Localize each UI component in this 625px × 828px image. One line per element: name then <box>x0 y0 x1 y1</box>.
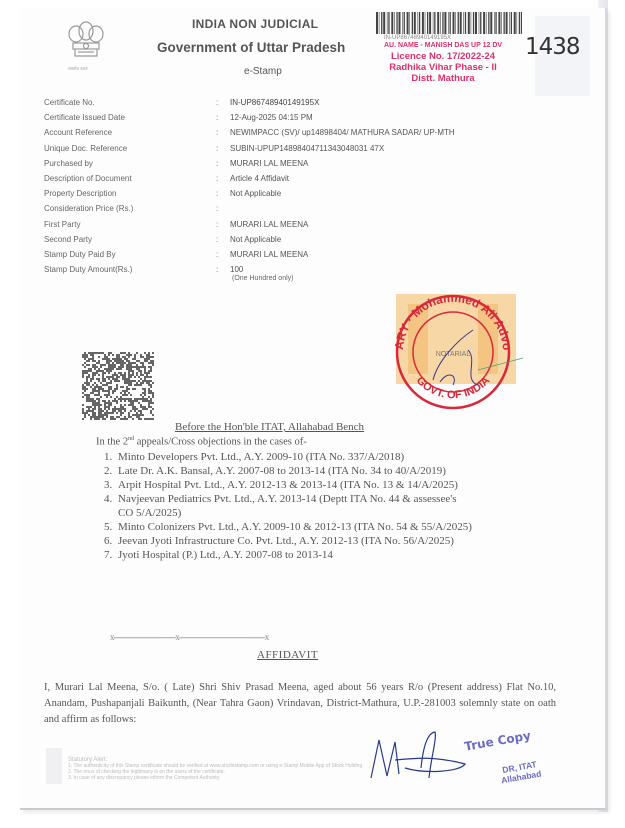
field-separator: : <box>216 128 218 137</box>
case-text: Minto Colonizers Pvt. Ltd., A.Y. 2009-10… <box>118 521 472 533</box>
field-separator: : <box>216 159 218 168</box>
case-number: 6. <box>104 534 112 548</box>
field-label: First Party <box>44 220 214 229</box>
qr-code <box>82 352 154 420</box>
case-text: Navjeevan Pediatrics Pvt. Ltd., A.Y. 201… <box>118 493 457 519</box>
case-item: 3.Arpit Hospital Pvt. Ltd., A.Y. 2012-13… <box>104 478 474 492</box>
case-item: 1.Minto Developers Pvt. Ltd., A.Y. 2009-… <box>104 450 474 464</box>
case-number: 7. <box>104 548 112 562</box>
field-separator: : <box>216 189 218 198</box>
case-number: 5. <box>104 520 112 534</box>
field-label: Certificate Issued Date <box>44 113 214 122</box>
header-estamp: e-Stamp <box>244 66 282 77</box>
case-text: Jeevan Jyoti Infrastructure Co. Pvt. Ltd… <box>118 535 454 547</box>
case-text: Arpit Hospital Pvt. Ltd., A.Y. 2012-13 &… <box>118 479 458 491</box>
field-label: Certificate No. <box>44 98 214 107</box>
header-india-non-judicial: INDIA NON JUDICIAL <box>192 17 318 31</box>
ashoka-emblem-icon <box>62 18 110 68</box>
statutory-alert: Statutory Alert:1. The authenticity of t… <box>68 757 368 781</box>
field-label: Consideration Price (Rs.) <box>44 204 214 213</box>
field-label: Second Party <box>44 235 214 244</box>
section-divider: x-------------------------------x-------… <box>110 632 268 642</box>
affidavit-title: AFFIDAVIT <box>257 649 318 661</box>
field-label: Account Reference <box>44 128 214 137</box>
field-separator: : <box>216 220 218 229</box>
field-separator: : <box>216 235 218 244</box>
cases-intro: In the 2nd appeals/Cross objections in t… <box>96 436 307 448</box>
field-value: MURARI LAL MEENA <box>230 220 308 229</box>
case-text: Late Dr. A.K. Bansal, A.Y. 2007-08 to 20… <box>118 465 446 477</box>
case-item: 5.Minto Colonizers Pvt. Ltd., A.Y. 2009-… <box>104 520 474 534</box>
statutory-alert-line: 3. In case of any discrepancy please inf… <box>68 775 368 781</box>
handwritten-register-number: 1438 <box>525 34 580 60</box>
case-number: 3. <box>104 478 112 492</box>
field-value: IN-UP86748940149195X <box>230 98 319 107</box>
field-value: MURARI LAL MEENA <box>230 159 308 168</box>
field-separator: : <box>216 265 218 274</box>
emblem-caption: सत्यमेव जयते <box>68 66 87 72</box>
case-list: 1.Minto Developers Pvt. Ltd., A.Y. 2009-… <box>104 450 474 562</box>
field-label: Unique Doc. Reference <box>44 144 214 153</box>
barcode <box>376 12 522 34</box>
field-label: Property Description <box>44 189 214 198</box>
case-number: 4. <box>104 492 112 506</box>
svg-text:NOTARIAL: NOTARIAL <box>436 351 471 358</box>
vendor-address: Radhika Vihar Phase - II <box>368 62 518 73</box>
field-value: SUBIN-UPUP14898404711343048031 47X <box>230 144 384 153</box>
notary-seal: NOTARY · Mohammed Ali Advocate GOVT. OF … <box>378 290 528 420</box>
field-separator: : <box>216 98 218 107</box>
case-number: 1. <box>104 450 112 464</box>
field-value: Not Applicable <box>230 189 281 198</box>
footer-watermark <box>46 748 62 784</box>
case-text: Minto Developers Pvt. Ltd., A.Y. 2009-10… <box>118 451 404 463</box>
case-number: 2. <box>104 464 112 478</box>
vendor-name: AU. NAME - MANISH DAS UP 12 DV <box>368 40 518 51</box>
deponent-signature <box>365 728 475 788</box>
affidavit-paragraph: I, Murari Lal Meena, S/o. ( Late) Shri S… <box>44 680 556 728</box>
field-value: Article 4 Affidavit <box>230 174 289 183</box>
vendor-stamp: AU. NAME - MANISH DAS UP 12 DV Licence N… <box>368 40 518 84</box>
itat-bench-title: Before the Hon'ble ITAT, Allahabad Bench <box>175 421 364 433</box>
field-separator: : <box>216 144 218 153</box>
field-value: NEWIMPACC (SV)/ up14898404/ MATHURA SADA… <box>230 128 455 137</box>
field-separator: : <box>216 174 218 183</box>
vendor-licence: Licence No. 17/2022-24 <box>368 51 518 62</box>
field-separator: : <box>216 204 218 213</box>
vendor-district: Distt. Mathura <box>368 73 518 84</box>
case-text: Jyoti Hospital (P.) Ltd., A.Y. 2007-08 t… <box>118 549 333 561</box>
field-label: Description of Document <box>44 174 214 183</box>
field-value: 12-Aug-2025 04:15 PM <box>230 113 313 122</box>
case-item: 4.Navjeevan Pediatrics Pvt. Ltd., A.Y. 2… <box>104 492 474 520</box>
field-value: MURARI LAL MEENA <box>230 250 308 259</box>
field-label: Stamp Duty Paid By <box>44 250 214 259</box>
field-separator: : <box>216 113 218 122</box>
field-separator: : <box>216 250 218 259</box>
field-label: Purchased by <box>44 159 214 168</box>
field-label: Stamp Duty Amount(Rs.) <box>44 265 214 274</box>
field-value: 100 <box>230 265 243 274</box>
field-value: Not Applicable <box>230 235 281 244</box>
case-item: 2.Late Dr. A.K. Bansal, A.Y. 2007-08 to … <box>104 464 474 478</box>
case-item: 7.Jyoti Hospital (P.) Ltd., A.Y. 2007-08… <box>104 548 474 562</box>
case-item: 6.Jeevan Jyoti Infrastructure Co. Pvt. L… <box>104 534 474 548</box>
field-value-words: (One Hundred only) <box>232 275 293 282</box>
header-government: Government of Uttar Pradesh <box>157 40 345 55</box>
